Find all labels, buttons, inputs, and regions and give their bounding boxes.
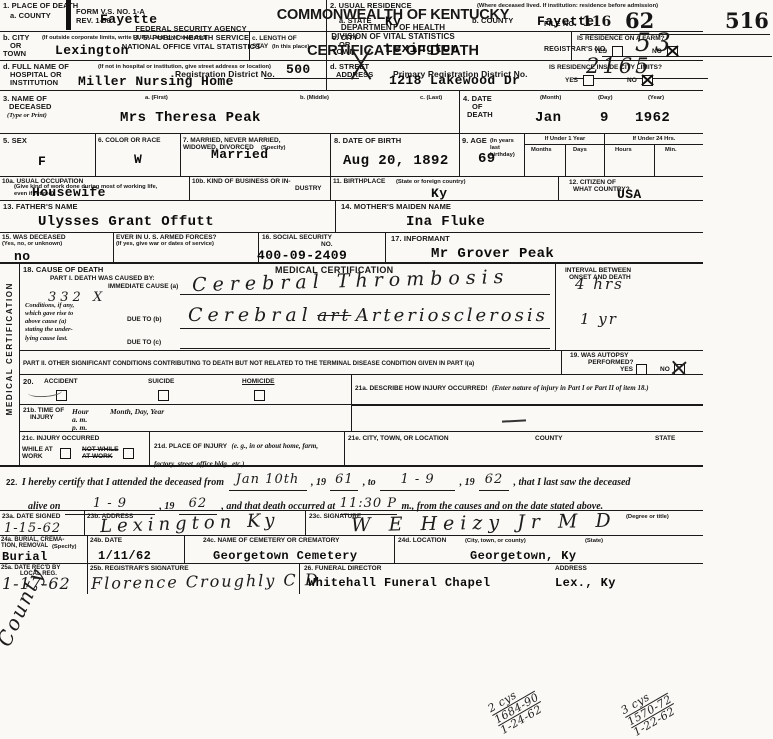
field-2a-state-value: Ky <box>385 14 401 29</box>
field-9-under-1-year: If Under 1 Year Months Days <box>525 134 605 177</box>
farm-question-label: IS RESIDENCE ON A FARM? <box>577 35 665 42</box>
interval-b-value: 1 yr <box>580 310 618 328</box>
field-22-certification: 22. I hereby certify that I attended the… <box>0 467 703 511</box>
limits-yes-checkbox <box>583 75 594 86</box>
field-9-label: 9. AGE <box>462 137 487 146</box>
field-19-autopsy: 19. WAS AUTOPSY PERFORMED? YES NO <box>562 351 703 375</box>
field-20-manner: 20. ACCIDENT SUICIDE HOMICIDE <box>20 375 352 405</box>
homicide-label: HOMICIDE <box>242 378 275 385</box>
bottom-note-2: 3 cys 1570-72 1-22-62 <box>619 682 680 738</box>
part2-label: PART II. OTHER SIGNIFICANT CONDITIONS CO… <box>23 360 474 367</box>
mdy-label: Month, Day, Year <box>110 407 164 416</box>
while-at-work-checkbox <box>60 448 71 459</box>
limits-no-label: NO <box>627 77 637 84</box>
field-3-first-header: a. (First) <box>145 95 168 102</box>
field-1-place-of-death: 1. PLACE OF DEATH a. COUNTY Fayette <box>0 0 327 32</box>
field-26-funeral-director: 26. FUNERAL DIRECTOR ADDRESS Whitehall F… <box>300 564 703 594</box>
armed-forces-note: (If yes, give war or dates of service) <box>116 241 214 248</box>
field-22-number: 22. <box>6 478 17 487</box>
months-days-divider <box>565 144 566 177</box>
field-1-title: 1. PLACE OF DEATH <box>3 2 78 11</box>
field-11-label: 11. BIRTHPLACE <box>333 178 385 185</box>
field-16-social-security: 16. SOCIAL SECURITY NO. 400-09-2409 <box>259 233 386 264</box>
field-21c-label: 21c. INJURY OCCURRED <box>22 435 99 442</box>
field-25b-value: Florence Croughly C D <box>91 570 320 593</box>
field-17-label: 17. INFORMANT <box>391 235 450 244</box>
field-4-label3: DEATH <box>467 111 493 120</box>
field-26-value: Whitehall Funeral Chapel <box>308 576 490 590</box>
field-9-age: 9. AGE (In years last birthday) 69 <box>460 134 525 177</box>
field-13-value: Ulysses Grant Offutt <box>38 214 214 230</box>
field-25b-label: 25b. REGISTRAR'S SIGNATURE <box>90 565 189 572</box>
field-24b-label: 24b. DATE <box>90 537 122 544</box>
field-8-value: Aug 20, 1892 <box>343 153 449 169</box>
field-3-label2: DECEASED <box>9 103 51 112</box>
field-23c-value: W E Heizy Jr M D <box>351 510 617 537</box>
field-24a-value: Burial <box>2 550 48 564</box>
field-11-value: Ky <box>431 186 447 201</box>
field-17-value: Mr Grover Peak <box>431 246 554 262</box>
field-5-label: 5. SEX <box>3 137 27 146</box>
field-21b-label2: INJURY <box>30 414 54 421</box>
field-15-was-deceased: 15. WAS DECEASED (Yes, no, or unknown) n… <box>0 233 114 264</box>
interval-a-value: 4 hrs <box>575 275 624 293</box>
field-6-color-or-race: 6. COLOR OR RACE W <box>96 134 181 177</box>
field-21a-describe-injury: 21a. DESCRIBE HOW INJURY OCCURRED! (Ente… <box>352 375 703 405</box>
field-7-value: Married <box>211 147 268 162</box>
field-24c-value: Georgetown Cemetery <box>213 549 357 563</box>
field-24d-note2: (State) <box>585 538 603 545</box>
field-14-value: Ina Fluke <box>406 214 485 230</box>
farm-no-label: NO <box>652 48 662 55</box>
field-21e-label: 21e. CITY, TOWN, OR LOCATION <box>348 435 449 442</box>
field-14-label: 14. MOTHER'S MAIDEN NAME <box>341 203 451 212</box>
due-to-c-label: DUE TO (c) <box>127 339 161 346</box>
at-work-label: AT WORK <box>82 453 113 460</box>
field-24d-label: 24d. LOCATION <box>398 537 446 544</box>
field-23a-label: 23a. DATE SIGNED <box>2 513 60 520</box>
field-21a-continuation <box>352 405 703 432</box>
field-1c-note: (In this place) <box>272 44 309 51</box>
field-1d-note: (If not in hospital or institution, give… <box>98 64 313 71</box>
field-7-marital-status: 7. MARRIED, NEVER MARRIED, WIDOWED, DIVO… <box>181 134 331 177</box>
field-2a-state-label: a. STATE <box>339 17 372 26</box>
field-13-label: 13. FATHER'S NAME <box>3 203 78 212</box>
field-9-value: 69 <box>478 151 496 167</box>
death-certificate-scan: FORM V.S. NO. 1-A REV. 1-56 FEDERAL SECU… <box>0 0 773 739</box>
field-3-last-header: c. (Last) <box>420 95 442 102</box>
certify-seg-5: , that I last saw the deceased <box>513 477 630 488</box>
field-15-value: no <box>14 249 30 264</box>
farm-yes-checkbox <box>612 46 623 57</box>
under-24-hrs-header: If Under 24 Hrs. <box>605 136 703 143</box>
field-10b-label: 10b. KIND OF BUSINESS OR IN- <box>192 178 291 185</box>
field-1b-town: TOWN <box>3 50 26 59</box>
field-24b-value: 1/11/62 <box>98 549 151 563</box>
field-1d-label3: INSTITUTION <box>10 79 58 88</box>
interval-column-divider <box>555 264 556 351</box>
immediate-cause-label: IMMEDIATE CAUSE (a) <box>108 283 178 290</box>
certify-fill-from-date: Jan 10th <box>229 472 307 491</box>
field-3-middle-header: b. (Middle) <box>300 95 329 102</box>
field-23a-value: 1-15-62 <box>4 521 61 536</box>
farm-no-checkbox-checked <box>667 46 678 57</box>
field-1d-institution: d. FULL NAME OF HOSPITAL OR INSTITUTION … <box>0 61 327 91</box>
months-header: Months <box>531 147 552 154</box>
field-2-usual-residence: 2. USUAL RESIDENCE (Where deceased lived… <box>327 0 703 32</box>
hours-header: Hours <box>615 147 632 154</box>
field-1a-county-label: a. COUNTY <box>10 12 51 21</box>
field-11-birthplace: 11. BIRTHPLACE (State or foreign country… <box>331 177 559 201</box>
field-8-label: 8. DATE OF BIRTH <box>334 137 401 146</box>
conditions-note: Conditions, if any, which gave rise to a… <box>25 302 120 343</box>
farm-yes-label: YES <box>594 48 607 55</box>
autopsy-yes-label: YES <box>620 366 633 373</box>
field-24a-burial: 24a. BURIAL, CREMA- TION, REMOVAL (Speci… <box>0 536 88 564</box>
certify-fill-year-2: 62 <box>479 472 509 491</box>
field-4-year-value: 1962 <box>635 110 670 126</box>
field-3-note: (Type or Print) <box>7 112 47 120</box>
field-11-note: (State or foreign country) <box>396 179 466 186</box>
field-2b-county-label: b. COUNTY <box>472 17 513 26</box>
medical-certification-side-text: MEDICAL CERTIFICATION <box>5 282 14 415</box>
medical-certification-strip: MEDICAL CERTIFICATION <box>0 264 20 467</box>
field-23c-note: (Degree or title) <box>626 514 669 521</box>
field-17-informant: 17. INFORMANT Mr Grover Peak <box>386 233 703 264</box>
field-16-value: 400-09-2409 <box>257 248 347 263</box>
field-14-mothers-maiden-name: 14. MOTHER'S MAIDEN NAME Ina Fluke <box>336 201 703 233</box>
field-25b-registrar-signature: 25b. REGISTRAR'S SIGNATURE Florence Crou… <box>88 564 300 594</box>
field-8-date-of-birth: 8. DATE OF BIRTH Aug 20, 1892 <box>331 134 460 177</box>
certify-seg-1: I hereby certify that I attended the dec… <box>22 477 224 488</box>
field-10b-business: 10b. KIND OF BUSINESS OR IN- DUSTRY <box>190 177 331 201</box>
field-23b-address: 23b. ADDRESS Lexington Ky <box>85 511 306 536</box>
field-5-sex: 5. SEX F <box>0 134 96 177</box>
field-24d-value: Georgetown, Ky <box>470 549 576 563</box>
county-column-header: COUNTY <box>535 435 562 442</box>
field-26-address-value: Lex., Ky <box>555 576 616 590</box>
certify-fill-year-1: 61 <box>330 472 358 491</box>
pencil-dash <box>502 419 526 422</box>
autopsy-no-x-mark-icon <box>672 361 686 375</box>
bottom-note-1: 2 cys 1684-90 1-24-62 <box>486 680 547 736</box>
field-1b-note: (If outside corporate limits, write RURA… <box>42 35 212 42</box>
field-24d-note: (City, town, or county) <box>465 538 526 545</box>
pm-label: p. m. <box>72 423 87 432</box>
field-23a-date-signed: 23a. DATE SIGNED 1-15-62 <box>0 511 85 536</box>
field-24c-label: 24c. NAME OF CEMETERY OR CREMATORY <box>203 537 339 544</box>
limits-question-label: IS RESIDENCE INSIDE CITY LIMITS? <box>549 64 662 71</box>
field-1b-city-value: Lexington <box>55 43 129 58</box>
state-column-header: STATE <box>655 435 675 442</box>
field-1d-value: Miller Nursing Home <box>78 74 234 89</box>
field-10a-value: Housewife <box>32 185 106 200</box>
autopsy-yes-checkbox <box>636 364 647 375</box>
field-1b-city: b. CITY (If outside corporate limits, wr… <box>0 32 250 61</box>
hours-min-divider <box>654 144 655 177</box>
field-4-month-value: Jan <box>535 110 561 126</box>
field-4-month-header: (Month) <box>540 95 561 102</box>
field-21a-label: 21a. DESCRIBE HOW INJURY OCCURRED! <box>355 385 488 392</box>
certify-seg-3: , to <box>363 477 376 488</box>
autopsy-no-label: NO <box>660 366 670 373</box>
field-1a-county-value: Fayette <box>100 12 157 27</box>
field-10a-occupation: 10a. USUAL OCCUPATION (Give kind of work… <box>0 177 190 201</box>
limits-yes-label: YES <box>565 77 578 84</box>
field-3-name-of-deceased: 3. NAME OF DECEASED (Type or Print) a. (… <box>0 91 460 134</box>
under-1-year-header: If Under 1 Year <box>525 136 605 143</box>
field-6-label: 6. COLOR OR RACE <box>98 137 160 144</box>
field-3-value: Mrs Theresa Peak <box>120 110 261 126</box>
field-24a-note: (Specify) <box>52 544 76 551</box>
field-12-citizen: 12. CITIZEN OF WHAT COUNTRY? USA <box>559 177 703 201</box>
field-21d-place-of-injury: 21d. PLACE OF INJURY (e. g., in or about… <box>150 432 345 467</box>
field-26-address-label: ADDRESS <box>555 565 587 572</box>
field-24b-date: 24b. DATE 1/11/62 <box>88 536 185 564</box>
field-21b-time-of-injury: 21b. TIME OF INJURY Hour Month, Day, Yea… <box>20 405 352 432</box>
field-24c-cemetery: 24c. NAME OF CEMETERY OR CREMATORY Georg… <box>185 536 395 564</box>
field-9-under-24-hrs: If Under 24 Hrs. Hours Min. <box>605 134 703 177</box>
field-21c-injury-occurred: 21c. INJURY OCCURRED WHILE AT WORK NOT W… <box>20 432 150 467</box>
field-2d-label2: ADDRESS <box>336 71 373 80</box>
field-24d-location: 24d. LOCATION (City, town, or county) (S… <box>395 536 703 564</box>
field-10b-label2: DUSTRY <box>295 185 321 192</box>
field-1c-label2: STAY <box>252 43 268 50</box>
field-5-value: F <box>38 154 46 169</box>
field-12-value: USA <box>617 187 642 202</box>
field-1c-length-of-stay: c. LENGTH OF STAY (In this place) <box>250 32 327 61</box>
field-6-value: W <box>134 152 142 167</box>
certify-fill-to-date: 1 - 9 <box>380 472 455 491</box>
field-2c-city: c. CITY OR TOWN Lexington <box>327 32 572 61</box>
field-26-label: 26. FUNERAL DIRECTOR <box>304 565 381 572</box>
field-18-label: 18. CAUSE OF DEATH <box>23 266 103 275</box>
certify-line-1: 22. I hereby certify that I attended the… <box>6 472 697 491</box>
field-2d-street-address: d. STREET ADDRESS 1218 Lakewood Dr IS RE… <box>327 61 703 91</box>
field-15-armed-forces: EVER IN U. S. ARMED FORCES? (If yes, giv… <box>114 233 259 264</box>
field-4-day-value: 9 <box>600 110 609 126</box>
field-13-fathers-name: 13. FATHER'S NAME Ulysses Grant Offutt <box>0 201 336 233</box>
accident-label: ACCIDENT <box>44 378 78 385</box>
field-24a-label2: TION, REMOVAL <box>1 543 48 550</box>
days-header: Days <box>573 147 587 154</box>
work-label: WORK <box>22 453 43 460</box>
field-4-year-header: (Year) <box>648 95 664 102</box>
field-21a-note: (Enter nature of injury in Part I or Par… <box>492 384 649 392</box>
field-21d-label: 21d. PLACE OF INJURY <box>154 443 227 450</box>
suicide-checkbox <box>158 390 169 401</box>
limits-no-checkbox-checked <box>642 75 653 86</box>
field-2c-town: TOWN <box>332 48 355 57</box>
field-20-number: 20. <box>23 378 34 387</box>
field-2c-city-value: Lexington <box>385 41 459 56</box>
field-2-title: 2. USUAL RESIDENCE <box>330 2 412 11</box>
field-2-farm-question: IS RESIDENCE ON A FARM? YES NO <box>572 32 703 61</box>
field-2-title-note: (Where deceased lived. If institution: r… <box>477 3 692 10</box>
field-18-cause-of-death: 18. CAUSE OF DEATH MEDICAL CERTIFICATION… <box>20 264 703 351</box>
field-2d-value: 1218 Lakewood Dr <box>389 73 520 88</box>
field-2b-county-value: Fayette <box>537 14 594 29</box>
homicide-checkbox <box>254 390 265 401</box>
field-1c-label: c. LENGTH OF <box>252 35 297 42</box>
field-4-day-header: (Day) <box>598 95 613 102</box>
field-21e-location: 21e. CITY, TOWN, OR LOCATION COUNTY STAT… <box>345 432 703 467</box>
part2-conditions: PART II. OTHER SIGNIFICANT CONDITIONS CO… <box>20 351 562 375</box>
certify-seg-2: , 19 <box>311 477 326 488</box>
part1-label: PART I. DEATH WAS CAUSED BY: <box>50 275 155 282</box>
not-while-at-work-checkbox <box>123 448 134 459</box>
suicide-label: SUICIDE <box>148 378 174 385</box>
min-header: Min. <box>665 147 677 154</box>
cause-c-underline <box>180 320 550 349</box>
field-23c-signature: 23c. SIGNATURE (Degree or title) W E Hei… <box>306 511 703 536</box>
due-to-b-label: DUE TO (b) <box>127 316 162 323</box>
certify-seg-4: , 19 <box>460 477 475 488</box>
field-15-note: (Yes, no, or unknown) <box>2 241 62 248</box>
field-4-date-of-death: 4. DATE OF DEATH (Month) (Day) (Year) Ja… <box>460 91 703 134</box>
